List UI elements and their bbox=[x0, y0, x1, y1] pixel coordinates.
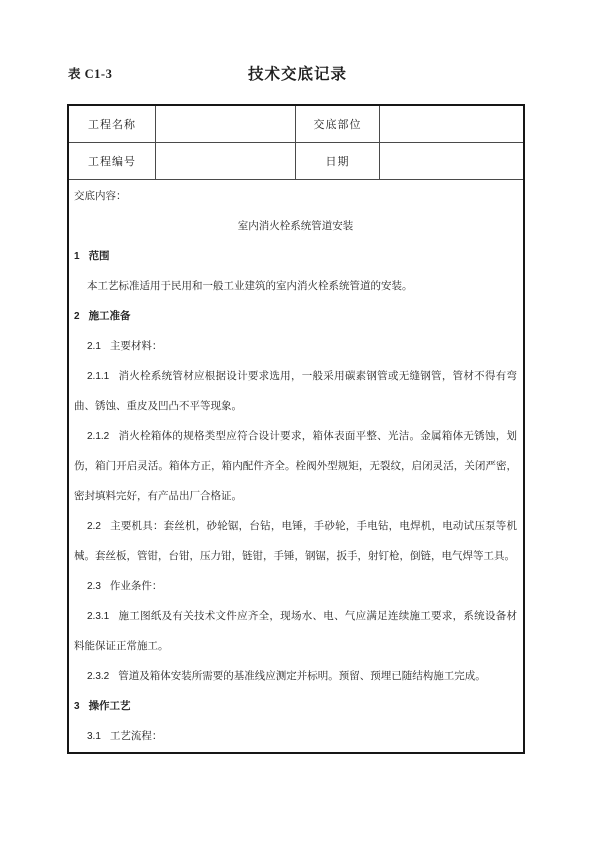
clause-number: 2.3.2 bbox=[87, 671, 109, 682]
clause-text: 消火栓系统管材应根据设计要求选用，一般采用碳素钢管或无缝钢管，管材不得有弯曲、锈… bbox=[74, 371, 517, 412]
content-paragraph: 2.1.2消火栓箱体的规格类型应符合设计要求，箱体表面平整、光洁。金属箱体无锈蚀… bbox=[74, 422, 517, 512]
clause-number: 2.3 bbox=[87, 581, 101, 592]
content-paragraph: 2.3作业条件： bbox=[74, 572, 517, 602]
clause-number: 1 bbox=[74, 251, 80, 262]
project-number-value bbox=[156, 143, 296, 180]
content-paragraph: 3.1工艺流程： bbox=[74, 722, 517, 752]
content-paragraph: 2.3.2管道及箱体安装所需要的基准线应测定并标明。预留、预埋已随结构施工完成。 bbox=[74, 662, 517, 692]
content-paragraph: 2施工准备 bbox=[74, 302, 517, 332]
content-paragraphs: 室内消火栓系统管道安装 1范围 本工艺标准适用于民用和一般工业建筑的室内消火栓系… bbox=[74, 212, 517, 752]
clause-text: 主要材料： bbox=[110, 341, 163, 352]
clause-number: 2.1 bbox=[87, 341, 101, 352]
clause-text: 管道及箱体安装所需要的基准线应测定并标明。预留、预埋已随结构施工完成。 bbox=[118, 671, 486, 682]
date-value bbox=[380, 143, 523, 180]
clause-text: 工艺流程： bbox=[110, 731, 163, 742]
content-paragraph: 室内消火栓系统管道安装 bbox=[74, 212, 517, 242]
clause-number: 2.3.1 bbox=[87, 611, 109, 622]
content-box: 交底内容： 室内消火栓系统管道安装 1范围 本工艺标准适用于民用和一般工业建筑的… bbox=[69, 180, 523, 752]
project-name-label: 工程名称 bbox=[69, 106, 156, 143]
document-title: 技术交底记录 bbox=[0, 62, 595, 84]
clause-text: 主要机具：套丝机，砂轮锯，台钻，电锤，手砂轮，手电钻，电焊机，电动试压泵等机械。… bbox=[74, 521, 517, 562]
content-paragraph: 2.1.1消火栓系统管材应根据设计要求选用，一般采用碳素钢管或无缝钢管，管材不得… bbox=[74, 362, 517, 422]
clause-text: 室内消火栓系统管道安装 bbox=[238, 221, 354, 232]
clause-text: 本工艺标准适用于民用和一般工业建筑的室内消火栓系统管道的安装。 bbox=[87, 281, 413, 292]
clause-number: 2.1.1 bbox=[87, 371, 109, 382]
clause-text: 施工图纸及有关技术文件应齐全，现场水、电、气应满足连续施工要求，系统设备材料能保… bbox=[74, 611, 517, 652]
clause-number: 3.1 bbox=[87, 731, 101, 742]
content-section-label: 交底内容： bbox=[74, 182, 517, 212]
content-paragraph: 2.2主要机具：套丝机，砂轮锯，台钻，电锤，手砂轮，手电钻，电焊机，电动试压泵等… bbox=[74, 512, 517, 572]
content-paragraph: 本工艺标准适用于民用和一般工业建筑的室内消火栓系统管道的安装。 bbox=[74, 272, 517, 302]
content-paragraph: 3操作工艺 bbox=[74, 692, 517, 722]
content-paragraph: 1范围 bbox=[74, 242, 517, 272]
record-table: 工程名称 交底部位 工程编号 日期 交底内容： 室内消火栓系统管道安装 1范围 … bbox=[67, 104, 525, 754]
content-paragraph: 2.1主要材料： bbox=[74, 332, 517, 362]
clause-number: 3 bbox=[74, 701, 80, 712]
disclosure-part-value bbox=[380, 106, 523, 143]
clause-number: 2.1.2 bbox=[87, 431, 109, 442]
clause-text: 范围 bbox=[89, 251, 110, 262]
info-header-table: 工程名称 交底部位 工程编号 日期 bbox=[69, 106, 523, 180]
project-name-value bbox=[156, 106, 296, 143]
clause-number: 2 bbox=[74, 311, 80, 322]
clause-text: 施工准备 bbox=[89, 311, 131, 322]
content-paragraph: 2.3.1施工图纸及有关技术文件应齐全，现场水、电、气应满足连续施工要求，系统设… bbox=[74, 602, 517, 662]
clause-text: 作业条件： bbox=[110, 581, 163, 592]
clause-text: 操作工艺 bbox=[89, 701, 131, 712]
clause-number: 2.2 bbox=[87, 521, 101, 532]
date-label: 日期 bbox=[296, 143, 380, 180]
clause-text: 消火栓箱体的规格类型应符合设计要求，箱体表面平整、光洁。金属箱体无锈蚀，划伤，箱… bbox=[74, 431, 517, 502]
document-page: 表 C1-3 技术交底记录 工程名称 交底部位 工程编号 日期 交底内容： 室内… bbox=[0, 0, 595, 842]
disclosure-part-label: 交底部位 bbox=[296, 106, 380, 143]
project-number-label: 工程编号 bbox=[69, 143, 156, 180]
